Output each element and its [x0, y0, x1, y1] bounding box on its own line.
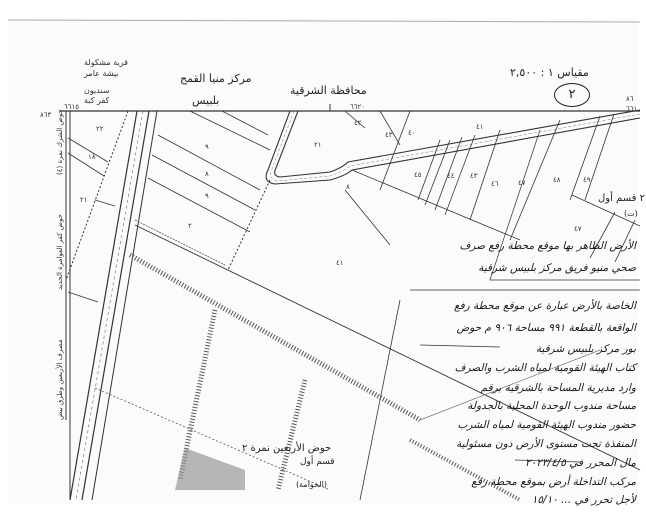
sheet-number-mark: ٢: [554, 83, 590, 107]
coord-top: ٦٦٢٠: [350, 103, 365, 111]
handwritten-note: مركب التداخلة أرض بموقع محطة رفع: [471, 476, 636, 488]
parcel-number: ٢١: [80, 196, 88, 204]
scale-label: مقياس ١ : ٢,٥٠٠: [510, 66, 589, 79]
left-vertical-label-1: حوض الشرك نمرة (٤): [56, 109, 64, 175]
parcel-number: ٤١: [336, 259, 344, 267]
parcel-number: ٤٣: [470, 172, 478, 180]
parcel-number: ٤٧: [574, 225, 582, 233]
parcel-number: ٤٢: [354, 119, 362, 127]
handwritten-note: كتاب الهيئة القومية لمياه الشرب والصرف: [455, 362, 636, 374]
parcel-number: ٤٠: [408, 129, 416, 137]
handwritten-note: وارد مديرية المساحة بالشرقية برقم: [481, 382, 636, 394]
parcel-number: ٤٨: [553, 176, 561, 184]
parcel-number: ٤٣: [385, 131, 393, 139]
parcel-number: ٤٦: [491, 180, 499, 188]
parcel-number: ٢٢: [96, 125, 104, 133]
handwritten-note: مال المحرر في ٢٠٢٣/٤/٥: [525, 457, 636, 469]
markaz-top-label: مركز منيا القمح: [180, 72, 252, 85]
parcel-number: ٤٤: [447, 172, 455, 180]
handwritten-note: الواقعة بالقطعة ٩٩١ مساحة ٩٠٦ م حوض: [457, 322, 636, 334]
left-vertical-label-2: حوض كفر العوامرة الجديد: [56, 214, 64, 290]
parcel-number: ٨: [346, 183, 350, 191]
coord-left-top: ٦٦١٥: [64, 103, 79, 111]
coord-right-top: ٨٦: [626, 95, 634, 103]
hod-section-label: قسم أول: [300, 457, 335, 467]
side-section-sub: (ت): [624, 209, 638, 218]
village-label-4: كفر كبة: [84, 96, 109, 105]
parcel-number: ٨: [205, 170, 209, 178]
handwritten-note: الخاصة بالأرض عبارة عن موقع محطة رفع: [454, 300, 636, 312]
handwritten-note: لأجل تحرر في ... ١٥/١٠: [532, 494, 636, 506]
parcel-number: ٤٧: [518, 179, 526, 187]
parcel-number: ٢: [188, 222, 192, 230]
village-label-1: قرية مشكولة: [84, 58, 128, 67]
coord-left: ٨٦٣: [40, 111, 51, 119]
handwritten-note: حضور مندوب الهيئة القومية لمياه الشرب: [457, 419, 636, 431]
handwritten-note: مساحة مندوب الوحدة المحلية بالجدولة: [467, 400, 636, 412]
parcel-number: ٤١: [476, 123, 484, 131]
governorate-label: محافظة الشرقية: [290, 84, 367, 97]
village-label-3: سنديون: [84, 86, 110, 95]
parcel-number: ١٨: [88, 153, 96, 161]
handwritten-note: الأرض الظاهر بها موقع محطة رفع صرف: [460, 240, 637, 252]
parcel-number: ٩: [205, 192, 209, 200]
parcel-number: ٢١: [314, 141, 322, 149]
hod-sub-label: (الخوامة): [296, 480, 327, 489]
handwritten-note: صحي منيو فريق مركز بلبيس شرقية: [478, 262, 636, 274]
handwritten-note: المنفذة تحت مستوى الأرض دون مسئولية: [456, 438, 636, 450]
parcel-number: ٩: [205, 143, 209, 151]
markaz-bottom-label: بلبيس: [192, 94, 219, 107]
coord-right-bottom: ٦٦١: [626, 105, 637, 113]
parcel-number: ٤٥: [414, 171, 422, 179]
parcel-number: ٤٩: [583, 176, 591, 184]
handwritten-note: بور مركز بلبيس شرقية: [536, 343, 636, 355]
side-section-label: ٢ قسم أول: [598, 193, 645, 204]
hod-name-label: حوض الأربعين نمرة ٢: [242, 443, 331, 454]
left-vertical-label-3: مصرف الأربعين وطرق بيض: [56, 339, 64, 420]
village-label-2: بيشة عامر: [84, 69, 119, 78]
